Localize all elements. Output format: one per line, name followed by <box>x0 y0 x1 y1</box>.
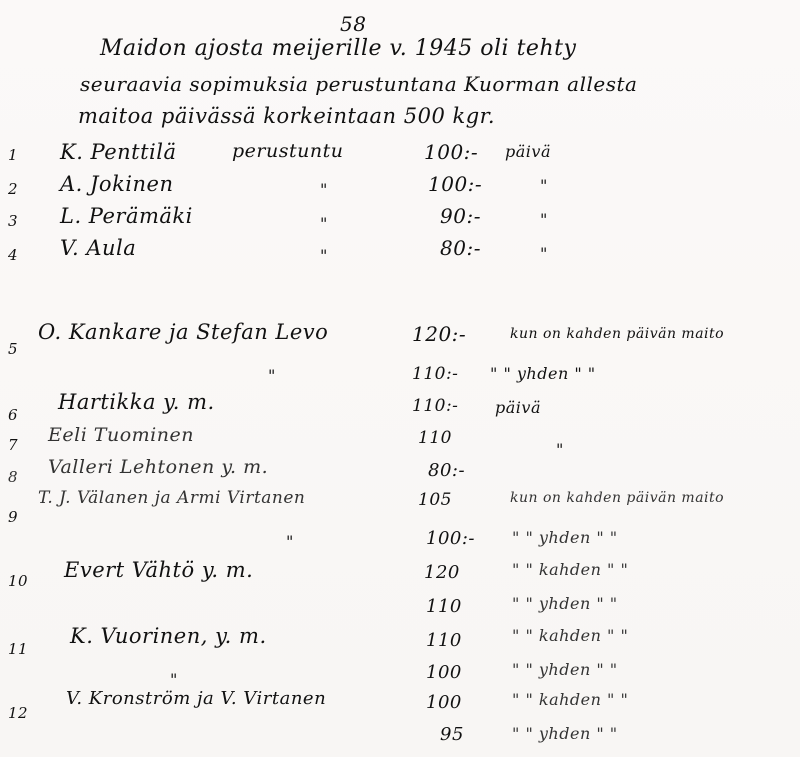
heading-line-3: maitoa päivässä korkeintaan 500 kgr. <box>78 104 495 128</box>
entry-note: " " yhden " " <box>490 364 596 383</box>
entry-number: 9 <box>8 508 18 526</box>
entry-basis: " <box>320 214 328 233</box>
entry-basis: " <box>320 180 328 199</box>
entry-amount: 120 <box>424 562 460 583</box>
entry-name: Valleri Lehtonen y. m. <box>48 456 268 478</box>
entry-amount: 100:- <box>424 140 478 164</box>
heading-line-2: seuraavia sopimuksia perustuntana Kuorma… <box>80 72 637 96</box>
entry-number: 7 <box>8 436 18 454</box>
entry-note: " " yhden " " <box>512 594 618 613</box>
entry-name: Evert Vähtö y. m. <box>64 558 253 582</box>
entry-number: 3 <box>8 212 18 230</box>
entry-note: " " yhden " " <box>512 724 618 743</box>
entry-name: K. Vuorinen, y. m. <box>70 624 267 648</box>
entry-note: " <box>540 176 548 195</box>
entry-note: kun on kahden päivän maito <box>510 326 724 342</box>
entry-number: 11 <box>8 640 28 658</box>
entry-note: " " kahden " " <box>512 626 628 645</box>
entry-name: Hartikka y. m. <box>58 390 215 414</box>
entry-amount: 120:- <box>412 322 466 346</box>
entry-amount: 110 <box>418 428 452 448</box>
entry-name: K. Penttilä <box>60 140 177 164</box>
entry-amount: 110 <box>426 630 462 651</box>
entry-note: päivä <box>505 142 551 161</box>
entry-number: 6 <box>8 406 18 424</box>
entry-name: " <box>286 532 294 551</box>
entry-note: " " yhden " " <box>512 660 618 679</box>
entry-amount: 80:- <box>428 460 465 481</box>
entry-amount: 100 <box>426 692 462 713</box>
entry-amount: 100:- <box>426 528 475 549</box>
entry-note: " <box>540 244 548 263</box>
entry-name: " <box>268 366 276 385</box>
entry-name: T. J. Välanen ja Armi Virtanen <box>38 488 305 508</box>
entry-note: kun on kahden päivän maito <box>510 490 724 506</box>
entry-amount: 105 <box>418 490 452 510</box>
heading-line-1: Maidon ajosta meijerille v. 1945 oli teh… <box>100 36 576 61</box>
entry-amount: 110:- <box>412 396 458 416</box>
entry-name: L. Perämäki <box>60 204 193 228</box>
entry-note: päivä <box>495 398 541 417</box>
entry-note: " <box>540 210 548 229</box>
entry-number: 1 <box>8 146 18 164</box>
entry-name: " <box>170 670 178 689</box>
entry-note: " " kahden " " <box>512 690 628 709</box>
entry-number: 12 <box>8 704 28 722</box>
page-number: 58 <box>340 12 366 36</box>
entry-number: 10 <box>8 572 28 590</box>
entry-name: A. Jokinen <box>60 172 174 196</box>
entry-number: 4 <box>8 246 18 264</box>
entry-note: " <box>556 440 564 459</box>
entry-note: " " yhden " " <box>512 528 618 547</box>
entry-number: 2 <box>8 180 18 198</box>
entry-note: " " kahden " " <box>512 560 628 579</box>
entry-amount: 80:- <box>440 236 481 260</box>
entry-number: 8 <box>8 468 18 486</box>
entry-name: V. Aula <box>60 236 136 260</box>
entry-number: 5 <box>8 340 18 358</box>
entry-amount: 100:- <box>428 172 482 196</box>
entry-name: Eeli Tuominen <box>48 424 194 446</box>
entry-amount: 90:- <box>440 204 481 228</box>
entry-amount: 110:- <box>412 364 458 384</box>
handwritten-page: 58 Maidon ajosta meijerille v. 1945 oli … <box>0 0 800 757</box>
entry-basis: " <box>320 246 328 265</box>
entry-amount: 95 <box>440 724 464 745</box>
entry-amount: 110 <box>426 596 462 617</box>
entry-basis: perustuntu <box>232 140 343 162</box>
entry-name: V. Kronström ja V. Virtanen <box>66 688 326 709</box>
entry-name: O. Kankare ja Stefan Levo <box>38 320 328 344</box>
entry-amount: 100 <box>426 662 462 683</box>
